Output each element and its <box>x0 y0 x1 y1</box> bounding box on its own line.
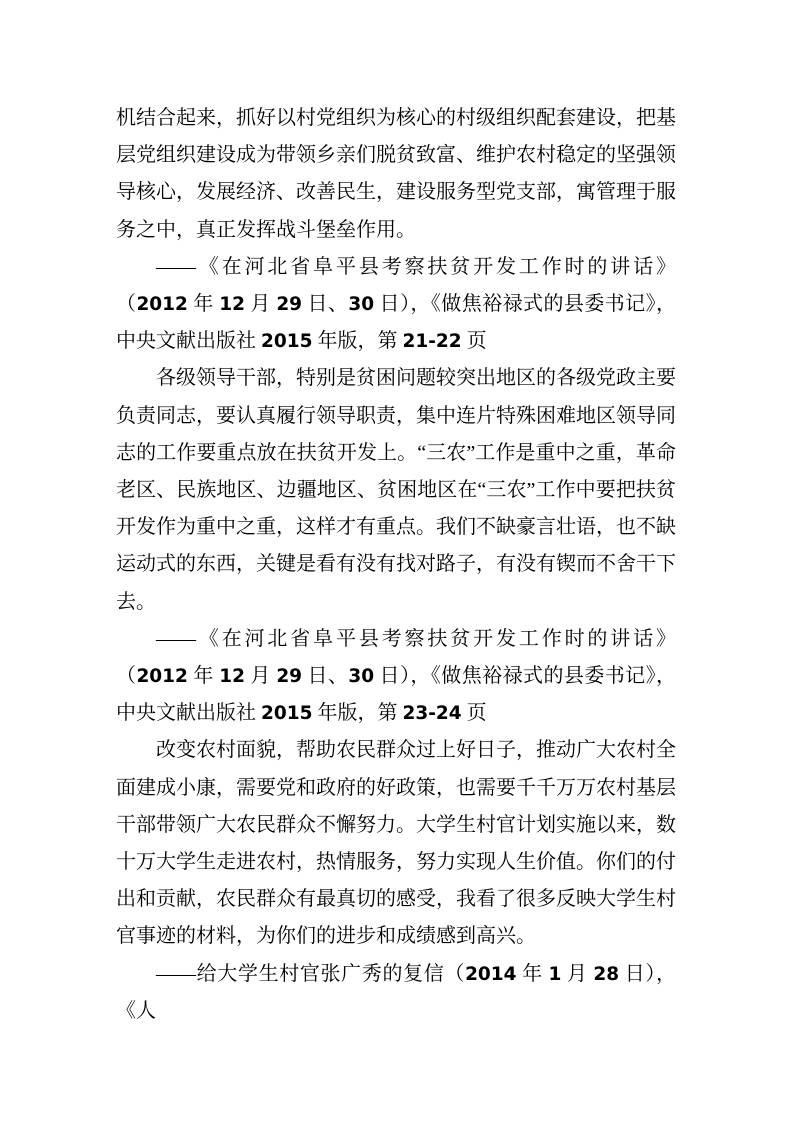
numeral: 2012 <box>136 294 188 315</box>
numeral: 28 <box>593 964 619 985</box>
numeral: 30 <box>348 294 374 315</box>
numeral: 1 <box>549 964 562 985</box>
document-content: 机结合起来，抓好以村党组织为核心的村级组织配套建设，把基层党组织建设成为带领乡亲… <box>116 100 676 1030</box>
numeral: 2015 <box>261 703 313 724</box>
numeral: 2015 <box>261 331 313 352</box>
numeral: 2012 <box>136 666 188 687</box>
numeral: 23-24 <box>403 703 462 724</box>
document-page: 机结合起来，抓好以村党组织为核心的村级组织配套建设，把基层党组织建设成为带领乡亲… <box>0 0 793 1122</box>
paragraph-body: 改变农村面貌，帮助农民群众过上好日子，推动广大农村全面建成小康，需要党和政府的好… <box>116 732 676 955</box>
numeral: 12 <box>219 294 245 315</box>
paragraph-body: 各级领导干部，特别是贫困问题较突出地区的各级党政主要负责同志，要认真履行领导职责… <box>116 360 676 620</box>
numeral: 12 <box>219 666 245 687</box>
paragraph-citation: ——《在河北省阜平县考察扶贫开发工作时的讲话》（2012 年 12 月 29 日… <box>116 621 676 733</box>
numeral: 30 <box>348 666 374 687</box>
paragraph-body: 机结合起来，抓好以村党组织为核心的村级组织配套建设，把基层党组织建设成为带领乡亲… <box>116 100 676 249</box>
paragraph-citation: ——《在河北省阜平县考察扶贫开发工作时的讲话》（2012 年 12 月 29 日… <box>116 249 676 361</box>
numeral: 29 <box>276 294 302 315</box>
numeral: 29 <box>276 666 302 687</box>
numeral: 2014 <box>465 964 517 985</box>
paragraph-citation: ——给大学生村官张广秀的复信（2014 年 1 月 28 日），《人 <box>116 956 676 1030</box>
numeral: 21-22 <box>403 331 462 352</box>
